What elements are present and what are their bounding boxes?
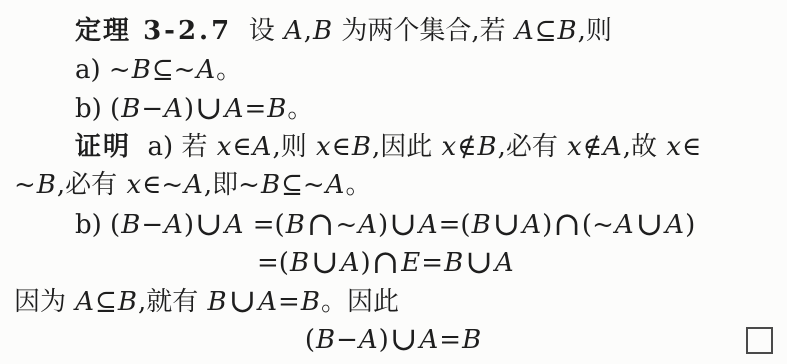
math-var: A: [664, 210, 685, 240]
claim-b: b) (B−A)∪A=B。: [0, 89, 787, 128]
math-operator: ∪: [635, 204, 665, 243]
text-run: ,: [304, 16, 312, 46]
text-run: 。: [287, 94, 313, 124]
text-run: =: [421, 248, 443, 278]
math-operator: ∪: [194, 88, 224, 127]
text-run: a) 若: [131, 132, 216, 162]
text-run: ∈~: [142, 170, 183, 200]
text-run: ∉: [457, 132, 476, 162]
math-var: A: [224, 210, 245, 240]
math-var: A: [283, 16, 304, 46]
text-run: ,必有: [57, 170, 126, 200]
text-run: ⊆~: [281, 170, 325, 200]
math-var: A: [614, 210, 635, 240]
text-run: ): [685, 210, 695, 240]
text-run: ⊆: [95, 287, 117, 317]
text-run: ∈: [232, 132, 251, 162]
math-var: A: [163, 94, 184, 124]
math-var: B: [300, 287, 321, 317]
text-run: b) (: [75, 94, 120, 124]
math-var: B: [285, 210, 306, 240]
math-var: A: [358, 325, 379, 355]
final-formula: (B−A)∪A=B: [0, 320, 787, 359]
math-var: B: [120, 210, 141, 240]
text-run: ,则: [272, 132, 315, 162]
theorem-heading: 定理 3-2.7 设 A,B 为两个集合,若 A⊆B,则: [0, 12, 787, 51]
math-var: A: [494, 248, 515, 278]
math-operator: ∪: [310, 242, 340, 281]
proof-b-line-1: b) (B−A)∪A =(B∩~A)∪A=(B∪A)∩(~A∪A): [0, 205, 787, 244]
math-var: A: [514, 16, 535, 46]
text-run: −: [141, 94, 163, 124]
heading-text: 定理: [75, 16, 131, 46]
text-run: ,必有: [498, 132, 567, 162]
math-var: A: [418, 325, 439, 355]
math-operator: ∪: [194, 204, 224, 243]
math-var: x: [665, 132, 682, 162]
text-run: ): [184, 94, 194, 124]
text-run: =: [439, 325, 461, 355]
text-run: 设: [232, 16, 283, 46]
text-run: ∈: [682, 132, 701, 162]
math-var: B: [260, 170, 281, 200]
math-var: A: [418, 210, 439, 240]
math-var: B: [289, 248, 310, 278]
math-var: B: [312, 16, 333, 46]
math-var: A: [195, 55, 216, 85]
math-operator: ∪: [388, 204, 418, 243]
math-var: A: [357, 210, 378, 240]
proof-a-line-2: ~B,必有 x∈~A,即~B⊆~A。: [0, 166, 787, 205]
text-run: ,即~: [204, 170, 260, 200]
text-run: ⊆~: [152, 55, 196, 85]
math-var: B: [117, 287, 138, 317]
text-run: ~: [335, 210, 357, 240]
math-var: B: [266, 94, 287, 124]
math-operator: ∪: [492, 204, 522, 243]
math-var: A: [224, 94, 245, 124]
math-var: A: [325, 170, 346, 200]
math-operator: ∩: [306, 204, 336, 243]
text-run: ): [360, 248, 370, 278]
text-run: −: [336, 325, 358, 355]
text-run: (: [305, 325, 315, 355]
math-var: B: [36, 170, 57, 200]
math-var: A: [602, 132, 623, 162]
text-run: ,故: [623, 132, 666, 162]
math-var: x: [216, 132, 233, 162]
text-run: ~: [14, 170, 36, 200]
math-var: A: [74, 287, 95, 317]
text-run: 为两个集合,若: [333, 16, 514, 46]
text-run: ,因此: [372, 132, 441, 162]
text-run: 。: [216, 55, 242, 85]
textbook-page: 定理 3-2.7 设 A,B 为两个集合,若 A⊆B,则 a) ~B⊆~A。 b…: [0, 0, 787, 364]
text-run: ): [379, 325, 389, 355]
text-run: 。: [345, 170, 371, 200]
math-var: B: [131, 55, 152, 85]
text-run: ): [184, 210, 194, 240]
math-var: A: [257, 287, 278, 317]
text-run: ): [378, 210, 388, 240]
math-var: A: [521, 210, 542, 240]
math-var: B: [471, 210, 492, 240]
text-run: 因为: [14, 287, 74, 317]
text-run: ⊆: [535, 16, 557, 46]
math-var: A: [340, 248, 361, 278]
text-run: (~: [582, 210, 614, 240]
heading-text: 证明: [75, 132, 131, 162]
text-run: a) ~: [75, 55, 131, 85]
math-var: x: [566, 132, 583, 162]
text-run: =(: [257, 248, 289, 278]
math-operator: ∩: [552, 204, 582, 243]
math-operator: ∪: [464, 242, 494, 281]
math-var: A: [252, 132, 273, 162]
math-var: B: [476, 132, 497, 162]
math-operator: ∪: [389, 319, 419, 358]
claim-a: a) ~B⊆~A。: [0, 51, 787, 90]
math-var: B: [120, 94, 141, 124]
math-var: B: [443, 248, 464, 278]
text-run: b) (: [75, 210, 120, 240]
conclusion-text: 因为 A⊆B,就有 B∪A=B。因此: [0, 282, 787, 321]
math-var: B: [315, 325, 336, 355]
math-var: x: [441, 132, 458, 162]
math-var: B: [351, 132, 372, 162]
math-var: B: [206, 287, 227, 317]
math-var: E: [400, 248, 421, 278]
text-run: =: [244, 94, 266, 124]
proof-a-line-1: 证明 a) 若 x∈A,则 x∈B,因此 x∉B,必有 x∉A,故 x∈: [0, 128, 787, 167]
proof-b-line-2: =(B∪A)∩E=B∪A: [0, 243, 787, 282]
text-run: ,就有: [138, 287, 207, 317]
math-var: B: [461, 325, 482, 355]
math-var: A: [183, 170, 204, 200]
math-operator: ∪: [228, 281, 258, 320]
math-var: A: [163, 210, 184, 240]
text-run: ,则: [578, 16, 612, 46]
text-run: =(: [244, 210, 284, 240]
math-var: x: [125, 170, 142, 200]
text-run: −: [141, 210, 163, 240]
text-run: ∈: [332, 132, 351, 162]
qed-box-icon: [746, 327, 773, 354]
text-run: ): [542, 210, 552, 240]
text-run: ∉: [583, 132, 602, 162]
math-var: B: [557, 16, 578, 46]
text-run: =(: [439, 210, 471, 240]
math-var: x: [315, 132, 332, 162]
text-run: 。因此: [321, 287, 399, 317]
math-operator: ∩: [371, 242, 401, 281]
text-run: =: [278, 287, 300, 317]
heading-text: 3-2.7: [131, 16, 232, 46]
